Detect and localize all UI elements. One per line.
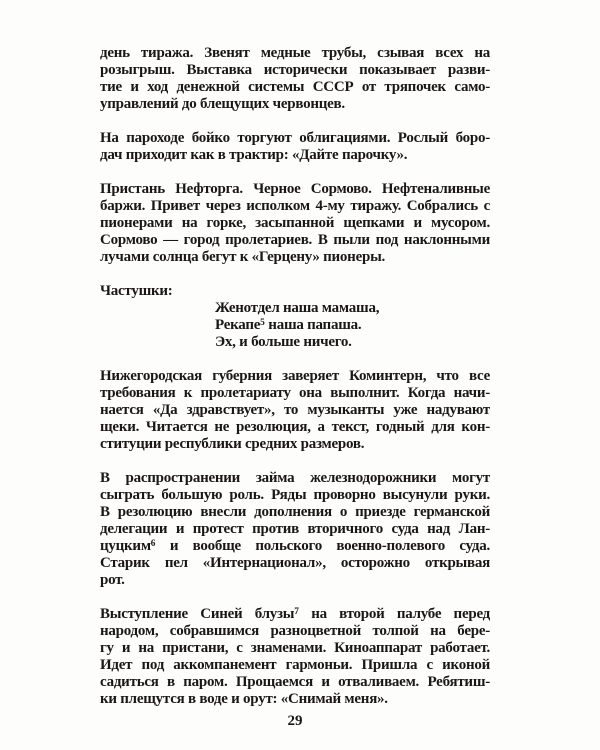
- text-line: В резолюцию внесли дополнения о приезде …: [100, 504, 490, 521]
- page-number: 29: [100, 713, 490, 730]
- paragraph-parokhod: На пароходе бойко торгуют облигациями. Р…: [100, 130, 490, 164]
- text-line: дач приходит как в трактир: «Дайте пароч…: [100, 147, 490, 164]
- text-line: цуцким6 и вообще польского военно-полево…: [100, 538, 490, 555]
- footnote-ref: 5: [260, 318, 265, 328]
- text-line: Выступление Синей блузы7 на второй палуб…: [100, 606, 490, 623]
- text-line: Рекапе5 наша папаша.: [215, 317, 490, 334]
- text-line: ституции республики средних размеров.: [100, 436, 490, 453]
- text-line: В распространении займа железнодорожники…: [100, 470, 490, 487]
- text-line: Идет под аккомпанемент гармоньи. Пришла …: [100, 657, 490, 674]
- text-line: управлений до блещущих червонцев.: [100, 96, 490, 113]
- text-line: баржи. Привет через исполком 4-му тиражу…: [100, 198, 490, 215]
- text-line: щеки. Читается не резолюция, а текст, го…: [100, 419, 490, 436]
- text-line: Сормово — город пролетариев. В пыли под …: [100, 232, 490, 249]
- text-line: Частушки:: [100, 283, 490, 300]
- paragraph-tirazh: день тиража. Звенят медные трубы, сзывая…: [100, 45, 490, 113]
- text-line: требования к пролетариату она выполнит. …: [100, 385, 490, 402]
- text-line: садиться в паром. Прощаемся и отваливаем…: [100, 674, 490, 691]
- text-line: Эх, и больше ничего.: [215, 334, 490, 351]
- text-line: день тиража. Звенят медные трубы, сзывая…: [100, 45, 490, 62]
- text-line: ки плещутся в воде и орут: «Снимай меня»…: [100, 691, 490, 708]
- text-line: Старик пел «Интернационал», осторожно от…: [100, 555, 490, 572]
- footnote-ref: 6: [151, 539, 156, 549]
- paragraph-sinyaya-bluza: Выступление Синей блузы7 на второй палуб…: [100, 606, 490, 708]
- text-line: народом, собравшимся разноцветной толпой…: [100, 623, 490, 640]
- text-line: розыгрыш. Выставка исторически показывае…: [100, 62, 490, 79]
- text-line: пионерами на горке, засыпанной щепками и…: [100, 215, 490, 232]
- text-line: тие и ход денежной системы СССР от тряпо…: [100, 79, 490, 96]
- text-line: сыграть большую роль. Ряды проворно высу…: [100, 487, 490, 504]
- text-line: нается «Да здравствует», то музыканты уж…: [100, 402, 490, 419]
- text-line: Пристань Нефторга. Черное Сормово. Нефте…: [100, 181, 490, 198]
- paragraph-zaym: В распространении займа железнодорожники…: [100, 470, 490, 589]
- text-line: рот.: [100, 572, 490, 589]
- verse-chastushka: Женотдел наша мамаша,Рекапе5 наша папаша…: [100, 300, 490, 351]
- text-block: день тиража. Звенят медные трубы, сзывая…: [100, 45, 490, 708]
- text-line: Женотдел наша мамаша,: [215, 300, 490, 317]
- paragraph-guberniya: Нижегородская губерния заверяет Коминтер…: [100, 368, 490, 453]
- paragraph-chastushki-label: Частушки:: [100, 283, 490, 300]
- paragraph-pristan: Пристань Нефторга. Черное Сормово. Нефте…: [100, 181, 490, 266]
- text-line: гу и на пристани, с знаменами. Киноаппар…: [100, 640, 490, 657]
- text-line: делегации и протест против вторичного су…: [100, 521, 490, 538]
- book-page: день тиража. Звенят медные трубы, сзывая…: [0, 0, 600, 750]
- text-line: На пароходе бойко торгуют облигациями. Р…: [100, 130, 490, 147]
- text-line: лучами солнца бегут к «Герцену» пионеры.: [100, 249, 490, 266]
- footnote-ref: 7: [294, 607, 299, 617]
- text-line: Нижегородская губерния заверяет Коминтер…: [100, 368, 490, 385]
